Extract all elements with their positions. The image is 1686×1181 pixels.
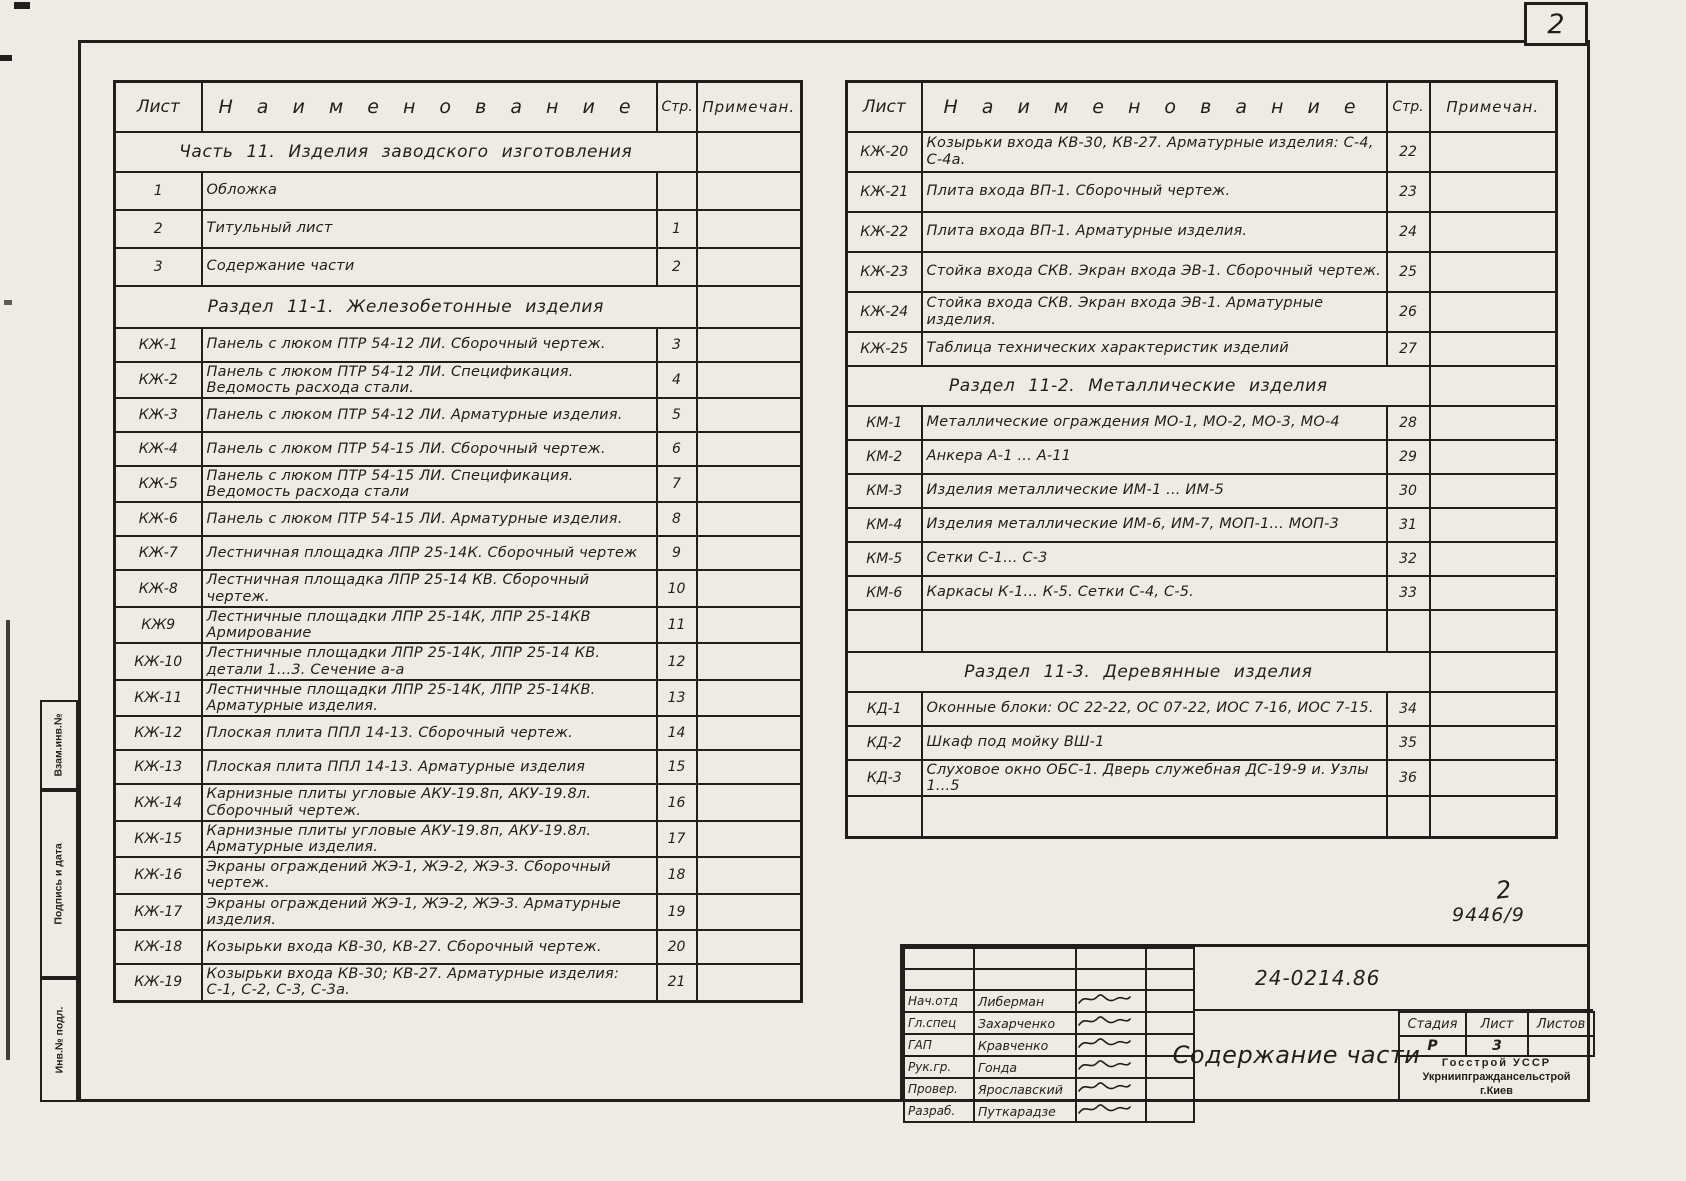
table-row: КЖ-18Козырьки входа КВ-30, КВ-27. Сбороч… [115,930,802,964]
staff-role: Разраб. [904,1100,974,1122]
table-row: КЖ-13Плоская плита ППЛ 14-13. Арматурные… [115,750,802,784]
table-row [847,610,1557,652]
sheets-value [1528,1036,1594,1056]
staff-name: Захарченко [974,1012,1076,1034]
section-row: Раздел 11-2. Металлические изделия [847,366,1557,406]
page-cell: 5 [657,398,697,432]
page-cell: 12 [657,643,697,679]
name-cell: Таблица технических характеристик издели… [922,332,1387,366]
section-title: Часть 11. Изделия заводского изготовлени… [115,132,697,172]
section-row: Раздел 11-3. Деревянные изделия [847,652,1557,692]
page-cell: 10 [657,570,697,606]
note-cell [1430,366,1557,406]
table-row: КД-3Слуховое окно ОБС-1. Дверь служебная… [847,760,1557,796]
section-title: Раздел 11-2. Металлические изделия [847,366,1430,406]
page-cell: 15 [657,750,697,784]
sheet-cell: КЖ-21 [847,172,922,212]
note-cell [697,857,802,893]
margin-stamp-label: Взам.инв.№ [53,713,65,776]
table-row: КМ-3Изделия металлические ИМ-1 ... ИМ-53… [847,474,1557,508]
staff-role: Провер. [904,1078,974,1100]
signature-scribble [1077,1057,1133,1073]
table-row: КМ-4Изделия металлические ИМ-6, ИМ-7, МО… [847,508,1557,542]
col-header-page: Стр. [657,82,697,132]
page-cell [1387,796,1430,838]
staff-name: Либерман [974,990,1076,1012]
name-cell: Изделия металлические ИМ-1 ... ИМ-5 [922,474,1387,508]
section-row: Раздел 11-1. Железобетонные изделия [115,286,802,328]
name-cell: Экраны ограждений ЖЭ-1, ЖЭ-2, ЖЭ-3. Сбор… [202,857,657,893]
page-cell: 23 [1387,172,1430,212]
date-cell [1146,990,1194,1012]
name-cell: Панель с люком ПТР 54-12 ЛИ. Арматурные … [202,398,657,432]
page-number: 2 [1547,9,1564,40]
scanned-drawing-sheet: 2 Лист Н а и м е н о в а н и е Стр. Прим… [0,0,1686,1181]
staff-role: Нач.отд [904,990,974,1012]
organization-line: г.Киев [1480,1085,1513,1099]
note-cell [697,132,802,172]
name-cell: Металлические ограждения МО-1, МО-2, МО-… [922,406,1387,440]
note-cell [1430,796,1557,838]
page-cell: 35 [1387,726,1430,760]
name-cell: Панель с люком ПТР 54-15 ЛИ. Спецификаци… [202,466,657,502]
note-cell [1430,542,1557,576]
table-row: КЖ-2Панель с люком ПТР 54-12 ЛИ. Специфи… [115,362,802,398]
drawing-title-cell: Содержание части [1193,1011,1398,1099]
note-cell [697,172,802,210]
table-row: КЖ-6Панель с люком ПТР 54-15 ЛИ. Арматур… [115,502,802,536]
margin-stamp-change-inv: Взам.инв.№ [40,700,78,790]
page-cell: 28 [1387,406,1430,440]
page-cell: 9 [657,536,697,570]
staff-row: Рук.гр.Гонда [904,1056,1194,1078]
name-cell [922,610,1387,652]
table-row: КЖ-24Стойка входа СКВ. Экран входа ЭВ-1.… [847,292,1557,332]
staff-name: Кравченко [974,1034,1076,1056]
note-cell [1430,474,1557,508]
col-header-note: Примечан. [1430,82,1557,132]
page-cell: 17 [657,821,697,857]
table-row: КЖ-23Стойка входа СКВ. Экран входа ЭВ-1.… [847,252,1557,292]
page-cell: 21 [657,964,697,1001]
staff-name: Гонда [974,1056,1076,1078]
sheet-cell: КЖ-6 [115,502,202,536]
page-cell: 3 [657,328,697,362]
note-cell [1430,726,1557,760]
sheet-cell: КЖ-22 [847,212,922,252]
drawing-title: Содержание части [1173,1041,1421,1069]
sheet-cell: КМ-3 [847,474,922,508]
sheet-cell: КЖ9 [115,607,202,643]
scan-artifact [0,55,12,61]
sheet-cell: КЖ-16 [115,857,202,893]
sheet-cell: КЖ-25 [847,332,922,366]
sheet-value: 3 [1466,1036,1528,1056]
name-cell: Стойка входа СКВ. Экран входа ЭВ-1. Сбор… [922,252,1387,292]
note-cell [1430,252,1557,292]
note-cell [697,964,802,1001]
page-cell: 1 [657,210,697,248]
sheet-cell: КЖ-7 [115,536,202,570]
margin-stamp-inv-original: Инв.№ подл. [40,978,78,1102]
sheet-cell: КМ-5 [847,542,922,576]
sheet-cell: КЖ-12 [115,716,202,750]
page-cell: 22 [1387,132,1430,172]
name-cell: Панель с люком ПТР 54-15 ЛИ. Арматурные … [202,502,657,536]
page-cell: 34 [1387,692,1430,726]
sheet-cell: КЖ-3 [115,398,202,432]
staff-role: Рук.гр. [904,1056,974,1078]
table-header-row: Лист Н а и м е н о в а н и е Стр. Примеч… [847,82,1557,132]
name-cell: Плоская плита ППЛ 14-13. Арматурные изде… [202,750,657,784]
table-row: КД-2Шкаф под мойку ВШ-135 [847,726,1557,760]
table-row: КМ-2Анкера А-1 ... А-1129 [847,440,1557,474]
name-cell: Шкаф под мойку ВШ-1 [922,726,1387,760]
sheet-cell: КЖ-5 [115,466,202,502]
page-cell: 2 [657,248,697,286]
table-row: КЖ-11Лестничные площадки ЛПР 25-14К, ЛПР… [115,680,802,716]
col-header-sheet: Лист [847,82,922,132]
note-cell [1430,760,1557,796]
signature-scribble [1077,1101,1133,1117]
table-row: 1Обложка [115,172,802,210]
sheet-cell: КЖ-11 [115,680,202,716]
sheet-cell: КЖ-4 [115,432,202,466]
page-cell: 16 [657,784,697,820]
page-cell: 30 [1387,474,1430,508]
note-cell [697,248,802,286]
name-cell: Панель с люком ПТР 54-12 ЛИ. Спецификаци… [202,362,657,398]
name-cell: Слуховое окно ОБС-1. Дверь служебная ДС-… [922,760,1387,796]
name-cell: Лестничные площадки ЛПР 25-14К, ЛПР 25-1… [202,643,657,679]
sheet-cell: КЖ-23 [847,252,922,292]
name-cell: Лестничная площадка ЛПР 25-14К. Сборочны… [202,536,657,570]
sheet-cell: КД-2 [847,726,922,760]
note-cell [697,930,802,964]
stage-value: Р [1399,1036,1466,1056]
staff-row: Разраб.Путкарадзе [904,1100,1194,1122]
note-cell [1430,212,1557,252]
name-cell: Плоская плита ППЛ 14-13. Сборочный черте… [202,716,657,750]
title-block: Нач.отдЛиберманГл.спецЗахарченкоГАПКравч… [900,944,1590,1102]
table-row: КМ-1Металлические ограждения МО-1, МО-2,… [847,406,1557,440]
sheet-cell [847,796,922,838]
name-cell: Карнизные плиты угловые АКУ-19.8п, АКУ-1… [202,821,657,857]
name-cell: Содержание части [202,248,657,286]
page-cell: 6 [657,432,697,466]
note-cell [1430,576,1557,610]
table-row: КЖ-5Панель с люком ПТР 54-15 ЛИ. Специфи… [115,466,802,502]
note-cell [697,286,802,328]
date-cell [1146,1100,1194,1122]
name-cell: Изделия металлические ИМ-6, ИМ-7, МОП-1.… [922,508,1387,542]
contents-table-left: Лист Н а и м е н о в а н и е Стр. Примеч… [113,80,803,1003]
page-cell: 26 [1387,292,1430,332]
table-row [847,796,1557,838]
note-cell [1430,508,1557,542]
note-cell [1430,440,1557,474]
note-cell [697,643,802,679]
sheet-cell: КМ-6 [847,576,922,610]
signature-cell [1076,990,1146,1012]
sheet-cell: КЖ-18 [115,930,202,964]
staff-empty-row [904,969,1194,990]
signature-scribble [1077,1013,1133,1029]
page-cell [1387,610,1430,652]
sheet-cell: КЖ-2 [115,362,202,398]
note-cell [1430,652,1557,692]
staff-role: Гл.спец [904,1012,974,1034]
sheets-label: Листов [1528,1012,1594,1036]
staff-role: ГАП [904,1034,974,1056]
table-row: КЖ-3Панель с люком ПТР 54-12 ЛИ. Арматур… [115,398,802,432]
date-cell [1146,1078,1194,1100]
margin-stamp-label: Подпись и дата [53,843,65,924]
document-number-cell: 24-0214.86 [1193,947,1593,1011]
name-cell: Козырьки входа КВ-30; КВ-27. Арматурные … [202,964,657,1001]
sheet-cell: КМ-4 [847,508,922,542]
col-header-page: Стр. [1387,82,1430,132]
name-cell: Титульный лист [202,210,657,248]
page-cell: 18 [657,857,697,893]
section-row: Часть 11. Изделия заводского изготовлени… [115,132,802,172]
staff-empty-row [904,948,1194,969]
page-cell: 31 [1387,508,1430,542]
table-row: КД-1Оконные блоки: ОС 22-22, ОС 07-22, И… [847,692,1557,726]
page-number-box: 2 [1524,2,1588,46]
sheet-cell: КЖ-13 [115,750,202,784]
page-cell: 27 [1387,332,1430,366]
note-cell [697,466,802,502]
note-cell [697,680,802,716]
name-cell: Лестничные площадки ЛПР 25-14К, ЛПР 25-1… [202,607,657,643]
signature-cell [1076,1056,1146,1078]
name-cell: Плита входа ВП-1. Сборочный чертеж. [922,172,1387,212]
signature-scribble [1077,1035,1133,1051]
table-row: КЖ-1Панель с люком ПТР 54-12 ЛИ. Сборочн… [115,328,802,362]
name-cell: Сетки С-1... С-3 [922,542,1387,576]
sheet-cell: КЖ-24 [847,292,922,332]
table-row: 3Содержание части2 [115,248,802,286]
note-cell [697,328,802,362]
note-cell [1430,692,1557,726]
page-cell: 13 [657,680,697,716]
name-cell [922,796,1387,838]
document-number: 24-0214.86 [1255,966,1380,990]
note-cell [697,570,802,606]
name-cell: Козырьки входа КВ-30, КВ-27. Сборочный ч… [202,930,657,964]
staff-signature-grid: Нач.отдЛиберманГл.спецЗахарченкоГАПКравч… [903,947,1195,1123]
name-cell: Лестничная площадка ЛПР 25-14 КВ. Сбороч… [202,570,657,606]
note-cell [697,502,802,536]
name-cell: Анкера А-1 ... А-11 [922,440,1387,474]
col-header-name: Н а и м е н о в а н и е [202,82,657,132]
page-cell: 11 [657,607,697,643]
staff-row: Провер.Ярославский [904,1078,1194,1100]
signature-cell [1076,1078,1146,1100]
sheet-cell: КЖ-20 [847,132,922,172]
handwritten-document-code: 9446/9 [1452,904,1525,926]
col-header-note: Примечан. [697,82,802,132]
name-cell: Лестничные площадки ЛПР 25-14К, ЛПР 25-1… [202,680,657,716]
note-cell [1430,132,1557,172]
sheet-cell: 2 [115,210,202,248]
note-cell [697,821,802,857]
page-cell: 29 [1387,440,1430,474]
note-cell [697,894,802,930]
note-cell [697,536,802,570]
name-cell: Оконные блоки: ОС 22-22, ОС 07-22, ИОС 7… [922,692,1387,726]
section-title: Раздел 11-1. Железобетонные изделия [115,286,697,328]
staff-row: ГАПКравченко [904,1034,1194,1056]
signature-scribble [1077,1079,1133,1095]
note-cell [1430,292,1557,332]
name-cell: Панель с люком ПТР 54-12 ЛИ. Сборочный ч… [202,328,657,362]
page-cell: 7 [657,466,697,502]
table-row: КЖ-20Козырьки входа КВ-30, КВ-27. Армату… [847,132,1557,172]
table-row: КЖ-7Лестничная площадка ЛПР 25-14К. Сбор… [115,536,802,570]
sheet-cell: 1 [115,172,202,210]
organization-line: Укрниипграждансельстрой [1422,1071,1570,1085]
signature-cell [1076,1012,1146,1034]
page-cell: 25 [1387,252,1430,292]
organization-line: Госстрой УССР [1442,1057,1551,1071]
name-cell: Каркасы К-1... К-5. Сетки С-4, С-5. [922,576,1387,610]
sheet-cell: КМ-2 [847,440,922,474]
contents-table-right: Лист Н а и м е н о в а н и е Стр. Примеч… [845,80,1558,839]
sheet-cell: КЖ-10 [115,643,202,679]
margin-stamp-label: Инв.№ подл. [53,1007,65,1074]
sheet-cell: КД-1 [847,692,922,726]
table-row: 2Титульный лист1 [115,210,802,248]
sheet-cell: КЖ-15 [115,821,202,857]
signature-scribble [1077,991,1133,1007]
section-title: Раздел 11-3. Деревянные изделия [847,652,1430,692]
table-row: КЖ-14Карнизные плиты угловые АКУ-19.8п, … [115,784,802,820]
note-cell [697,784,802,820]
note-cell [1430,610,1557,652]
note-cell [1430,332,1557,366]
page-cell [657,172,697,210]
table-row: КЖ-25Таблица технических характеристик и… [847,332,1557,366]
margin-stamp-signature-date: Подпись и дата [40,790,78,978]
page-cell: 32 [1387,542,1430,576]
name-cell: Экраны ограждений ЖЭ-1, ЖЭ-2, ЖЭ-3. Арма… [202,894,657,930]
table-row: КЖ-15Карнизные плиты угловые АКУ-19.8п, … [115,821,802,857]
handwritten-page-number: 2 [1495,875,1513,904]
page-cell: 36 [1387,760,1430,796]
staff-name: Ярославский [974,1078,1076,1100]
note-cell [697,716,802,750]
note-cell [697,210,802,248]
stage-header-row: Стадия Лист Листов [1399,1012,1594,1036]
table-header-row: Лист Н а и м е н о в а н и е Стр. Примеч… [115,82,802,132]
name-cell: Карнизные плиты угловые АКУ-19.8п, АКУ-1… [202,784,657,820]
scan-artifact [4,300,12,305]
stage-value-row: Р 3 [1399,1036,1594,1056]
staff-row: Нач.отдЛиберман [904,990,1194,1012]
name-cell: Обложка [202,172,657,210]
page-cell: 20 [657,930,697,964]
date-cell [1146,1012,1194,1034]
sheet-cell: КЖ-8 [115,570,202,606]
staff-row: Гл.спецЗахарченко [904,1012,1194,1034]
table-row: КЖ9Лестничные площадки ЛПР 25-14К, ЛПР 2… [115,607,802,643]
page-cell: 14 [657,716,697,750]
page-cell: 24 [1387,212,1430,252]
staff-name: Путкарадзе [974,1100,1076,1122]
note-cell [697,432,802,466]
page-cell: 19 [657,894,697,930]
note-cell [1430,172,1557,212]
sheet-cell: КЖ-14 [115,784,202,820]
col-header-sheet: Лист [115,82,202,132]
table-row: КЖ-17Экраны ограждений ЖЭ-1, ЖЭ-2, ЖЭ-3.… [115,894,802,930]
sheet-cell: КЖ-17 [115,894,202,930]
name-cell: Плита входа ВП-1. Арматурные изделия. [922,212,1387,252]
note-cell [697,750,802,784]
col-header-name: Н а и м е н о в а н и е [922,82,1387,132]
page-cell: 33 [1387,576,1430,610]
table-row: КЖ-12Плоская плита ППЛ 14-13. Сборочный … [115,716,802,750]
table-row: КЖ-16Экраны ограждений ЖЭ-1, ЖЭ-2, ЖЭ-3.… [115,857,802,893]
table-row: КМ-5Сетки С-1... С-332 [847,542,1557,576]
table-row: КЖ-8Лестничная площадка ЛПР 25-14 КВ. Сб… [115,570,802,606]
stage-label: Стадия [1399,1012,1466,1036]
organization-cell: Госстрой УССР Укрниипграждансельстрой г.… [1398,1055,1593,1099]
page-cell: 8 [657,502,697,536]
name-cell: Панель с люком ПТР 54-15 ЛИ. Сборочный ч… [202,432,657,466]
sheet-cell: КЖ-1 [115,328,202,362]
signature-cell [1076,1034,1146,1056]
note-cell [697,398,802,432]
table-row: КЖ-21Плита входа ВП-1. Сборочный чертеж.… [847,172,1557,212]
sheet-cell: КД-3 [847,760,922,796]
sheet-cell: КМ-1 [847,406,922,440]
page-cell: 4 [657,362,697,398]
table-row: КЖ-4Панель с люком ПТР 54-15 ЛИ. Сборочн… [115,432,802,466]
sheet-label: Лист [1466,1012,1528,1036]
table-row: КЖ-10Лестничные площадки ЛПР 25-14К, ЛПР… [115,643,802,679]
name-cell: Козырьки входа КВ-30, КВ-27. Арматурные … [922,132,1387,172]
table-row: КМ-6Каркасы К-1... К-5. Сетки С-4, С-5.3… [847,576,1557,610]
note-cell [697,362,802,398]
sheet-cell: КЖ-19 [115,964,202,1001]
table-row: КЖ-22Плита входа ВП-1. Арматурные издели… [847,212,1557,252]
table-row: КЖ-19Козырьки входа КВ-30; КВ-27. Армату… [115,964,802,1001]
stage-sheet-grid: Стадия Лист Листов Р 3 [1398,1011,1595,1057]
sheet-cell: 3 [115,248,202,286]
scan-artifact [14,2,30,9]
signature-cell [1076,1100,1146,1122]
scan-artifact [6,620,10,1060]
note-cell [697,607,802,643]
note-cell [1430,406,1557,440]
name-cell: Стойка входа СКВ. Экран входа ЭВ-1. Арма… [922,292,1387,332]
sheet-cell [847,610,922,652]
